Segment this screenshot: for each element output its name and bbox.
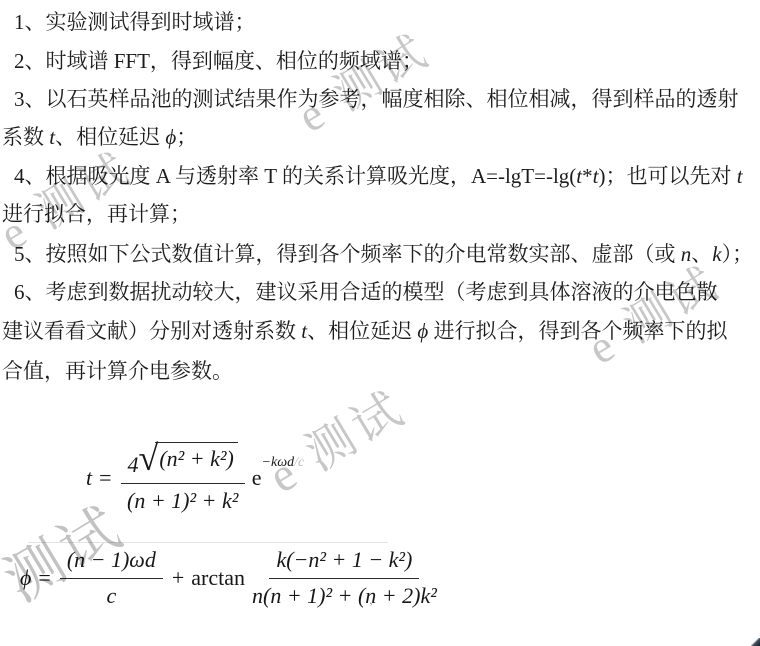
- fraction: 4 √ (n² + k²) (n + 1)² + k²: [121, 441, 245, 514]
- text-segment: 3、以石英样品池的测试结果作为参考，幅度相除、相位相减，得到样品的透射: [14, 87, 739, 111]
- denominator: n(n + 1)² + (n + 2)k²: [252, 579, 437, 609]
- exponent: −kωd: [262, 455, 295, 471]
- equals-sign: =: [38, 565, 50, 591]
- fraction: k(−n² + 1 − k²) n(n + 1)² + (n + 2)k²: [252, 546, 437, 609]
- exponent-tail: /c: [294, 455, 304, 471]
- formula-lhs: ϕ: [20, 565, 31, 591]
- radical-sign: √: [139, 440, 159, 476]
- numerator-coefficient: 4: [128, 452, 139, 478]
- denominator: c: [106, 579, 116, 609]
- numerator: (n − 1)ωd: [60, 546, 163, 579]
- doc-line-7: 5、按照如下公式数值计算，得到各个频率下的介电常数实部、虚部（或 n、k）；: [0, 238, 760, 268]
- numerator: k(−n² + 1 − k²): [269, 546, 419, 579]
- text-segment: 进行拟合，再计算；: [2, 202, 191, 226]
- formula-phase: ϕ = (n − 1)ωd c + arctan k(−n² + 1 − k²)…: [20, 546, 439, 609]
- text-segment: 、相位延迟: [55, 125, 165, 149]
- plus-sign: +: [172, 565, 184, 591]
- document-page: e 测试 e 测试 e 测试 e 测试 e 测试 1、实验测试得到时域谱； 2、…: [0, 0, 760, 646]
- math-variable: ϕ: [417, 319, 428, 343]
- math-variable: n: [681, 242, 692, 266]
- arctan-function: arctan: [191, 565, 245, 591]
- text-segment: 系数: [2, 125, 49, 149]
- doc-line-2: 2、时域谱 FFT，得到幅度、相位的频域谱；: [0, 45, 760, 75]
- text-segment: 2、时域谱 FFT，得到幅度、相位的频域谱；: [14, 49, 423, 73]
- fraction: (n − 1)ωd c: [60, 546, 163, 609]
- text-segment: ）；: [722, 242, 754, 266]
- text-segment: 合值，再计算介电参数。: [2, 359, 233, 383]
- doc-line-3: 3、以石英样品池的测试结果作为参考，幅度相除、相位相减，得到样品的透射: [0, 83, 760, 113]
- text-segment: 1、实验测试得到时域谱；: [14, 10, 256, 34]
- doc-line-10: 合值，再计算介电参数。: [0, 355, 760, 385]
- radicand: (n² + k²): [155, 442, 237, 472]
- doc-line-8: 6、考虑到数据扰动较大，建议采用合适的模型（考虑到具体溶液的介电色散: [0, 276, 760, 306]
- equals-sign: =: [99, 465, 111, 491]
- formula-transmission: t = 4 √ (n² + k²) (n + 1)² + k² e −kωd /…: [86, 441, 304, 514]
- math-variable: k: [712, 242, 721, 266]
- text-segment: 进行拟合，得到各个频率下的拟: [428, 319, 727, 343]
- exponential-term: e −kωd /c: [252, 465, 304, 491]
- corner-artifact: [751, 638, 760, 646]
- formula-lhs: t: [86, 465, 92, 491]
- doc-line-1: 1、实验测试得到时域谱；: [0, 6, 760, 36]
- text-segment: *: [582, 164, 593, 188]
- text-segment: 、: [691, 242, 712, 266]
- text-segment: 建议看看文献）分别对透射系数: [2, 319, 301, 343]
- exp-base: e: [252, 465, 262, 491]
- doc-line-4: 系数 t、相位延迟 ϕ；: [0, 121, 760, 151]
- math-variable: ϕ: [165, 125, 176, 149]
- doc-line-5: 4、根据吸光度 A 与透射率 T 的关系计算吸光度，A=-lgT=-lg(t*t…: [0, 160, 760, 190]
- text-segment: )；也可以先对: [598, 164, 736, 188]
- text-segment: 6、考虑到数据扰动较大，建议采用合适的模型（考虑到具体溶液的介电色散: [14, 280, 718, 304]
- doc-line-9: 建议看看文献）分别对透射系数 t、相位延迟 ϕ 进行拟合，得到各个频率下的拟: [0, 315, 760, 345]
- square-root: √ (n² + k²): [139, 442, 238, 478]
- math-variable: t: [737, 164, 743, 188]
- text-segment: 、相位延迟: [307, 319, 417, 343]
- denominator: (n + 1)² + k²: [127, 484, 238, 514]
- text-segment: 5、按照如下公式数值计算，得到各个频率下的介电常数实部、虚部（或: [14, 242, 681, 266]
- text-segment: 4、根据吸光度 A 与透射率 T 的关系计算吸光度，A=-lgT=-lg(: [14, 164, 576, 188]
- doc-line-6: 进行拟合，再计算；: [0, 198, 760, 228]
- text-segment: ；: [176, 125, 197, 149]
- divider-line: [28, 542, 388, 543]
